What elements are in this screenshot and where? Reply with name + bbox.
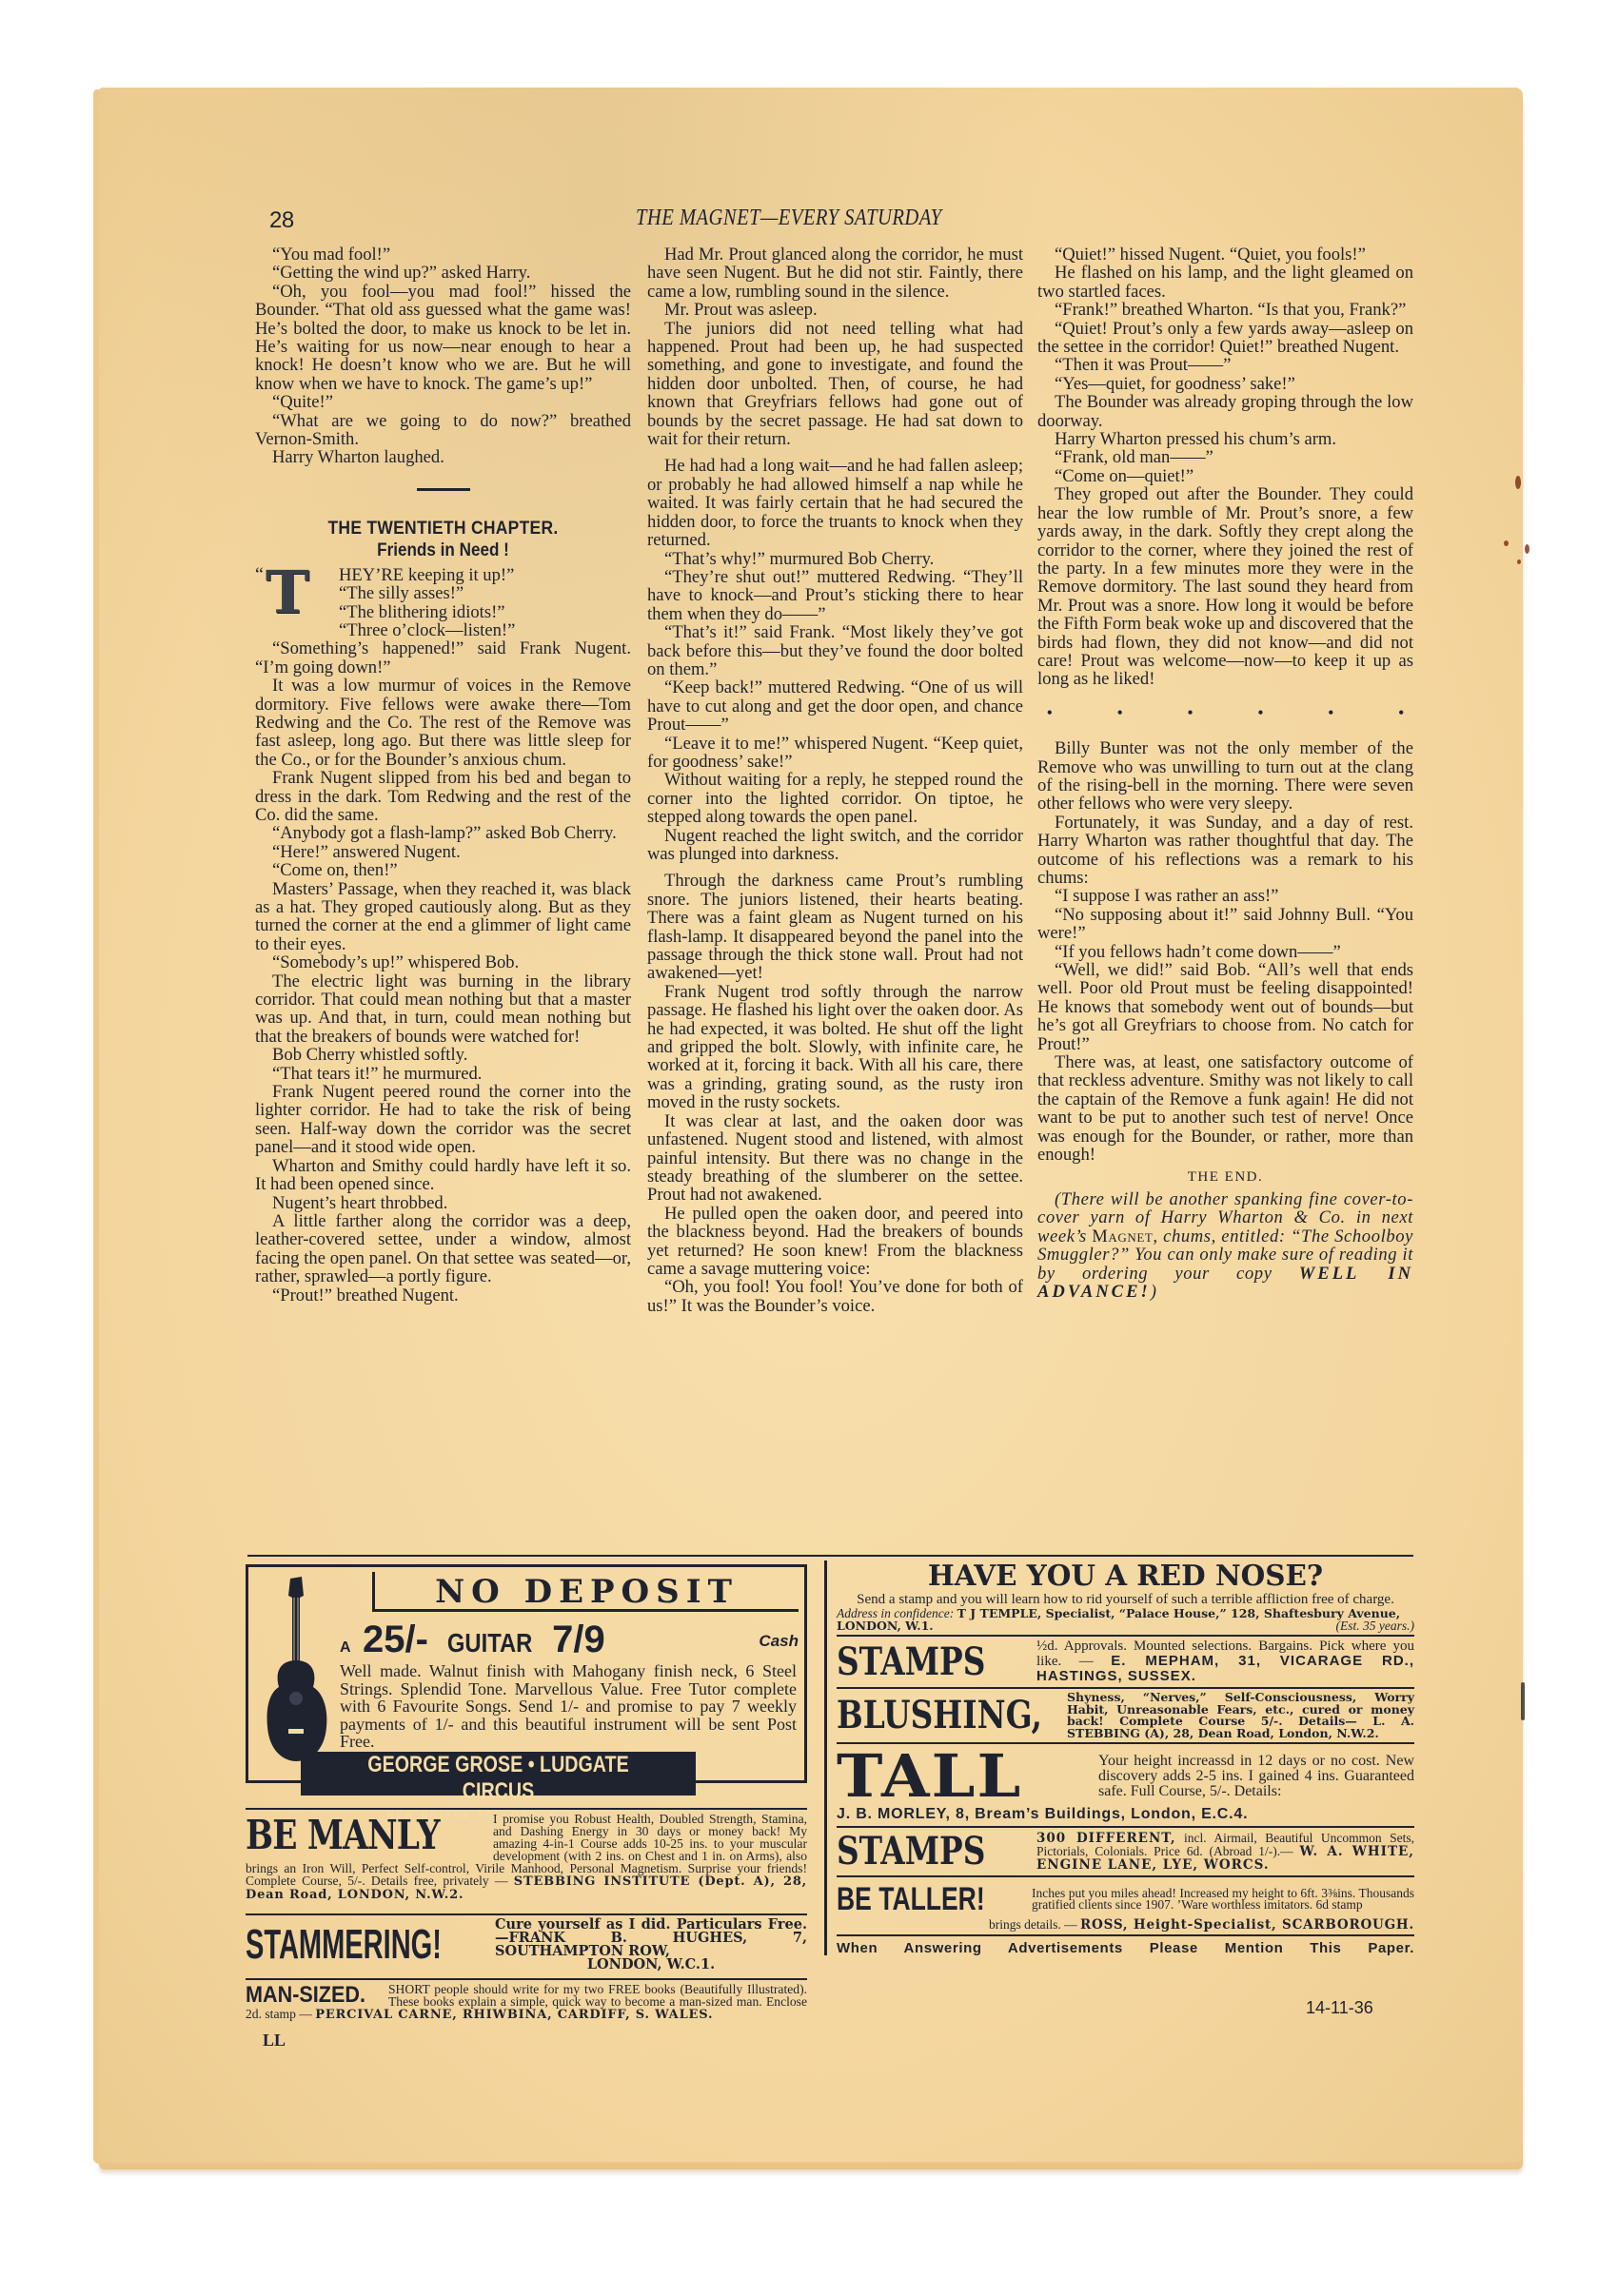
paragraph: “Frank, old man——” bbox=[1037, 448, 1413, 466]
paragraph: Bob Cherry whistled softly. bbox=[255, 1046, 631, 1064]
stamps-white-ad: STAMPS 300 DIFFERENT, incl. Airmail, Bea… bbox=[837, 1831, 1414, 1873]
price-prefix: A bbox=[340, 1639, 351, 1656]
stamps-mepham-ad: STAMPS ½d. Approvals. Mounted selections… bbox=[837, 1639, 1414, 1684]
paragraph: “Somebody’s up!” whispered Bob. bbox=[255, 953, 631, 971]
red-nose-address: Address in confidence: T J TEMPLE, Speci… bbox=[837, 1607, 1414, 1632]
ad-divider bbox=[246, 1913, 807, 1915]
tall-headline: TALL bbox=[837, 1747, 1101, 1806]
paragraph: “Quiet!” hissed Nugent. “Quiet, you fool… bbox=[1037, 245, 1413, 264]
stammering-body: Cure yourself as I did. Particulars Free… bbox=[495, 1918, 807, 1972]
column-body-paragraphs: Billy Bunter was not the only member of … bbox=[1037, 739, 1413, 1164]
paragraph: Had Mr. Prout glanced along the corridor… bbox=[647, 245, 1023, 301]
stamps-headline: STAMPS bbox=[837, 1831, 993, 1873]
foxing-spot bbox=[1515, 476, 1521, 489]
column-body-paragraphs: Had Mr. Prout glanced along the corridor… bbox=[647, 245, 1023, 1315]
red-nose-ad: HAVE YOU A RED NOSE? Send a stamp and yo… bbox=[837, 1560, 1414, 1632]
paragraph: “What are we going to do now?” breathed … bbox=[255, 412, 631, 449]
paragraph: Billy Bunter was not the only member of … bbox=[1037, 739, 1413, 814]
section-break-dots: • • • • • • bbox=[1047, 704, 1404, 722]
ad-address: E. MEPHAM, 31, VICARAGE RD., HASTINGS, S… bbox=[1036, 1653, 1414, 1684]
paragraph: HEY’RE keeping it up!” bbox=[339, 566, 631, 584]
foxing-spot bbox=[1525, 544, 1529, 554]
running-head: THE MAGNET—EVERY SATURDAY bbox=[636, 206, 942, 231]
paragraph: “Yes—quiet, for goodness’ sake!” bbox=[1037, 375, 1413, 393]
mention-paper-notice: When Answering Advertisements Please Men… bbox=[837, 1940, 1414, 1956]
paragraph: “The silly asses!” bbox=[339, 584, 631, 602]
ad-divider bbox=[837, 1635, 1414, 1637]
paragraph: “If you fellows hadn’t come down——” bbox=[1037, 943, 1413, 961]
blushing-headline: BLUSHING, bbox=[837, 1695, 1017, 1737]
paragraph: It was clear at last, and the oaken door… bbox=[647, 1112, 1023, 1205]
paragraph: “No supposing about it!” said Johnny Bul… bbox=[1037, 906, 1413, 943]
page-number: 28 bbox=[269, 207, 294, 234]
paragraph: “That’s it!” said Frank. “Most likely th… bbox=[647, 623, 1023, 678]
paragraph: Frank Nugent slipped from his bed and be… bbox=[255, 769, 631, 824]
be-taller-address: brings details. — ROSS, Height-Specialis… bbox=[837, 1918, 1414, 1932]
tall-body: Your height increassd in 12 days or no c… bbox=[1098, 1754, 1414, 1799]
guitar-ad: NO DEPOSIT A 25/- GUITAR 7/9 Cash Well m… bbox=[246, 1564, 807, 1783]
paragraph: “You mad fool!” bbox=[255, 245, 631, 264]
paragraph: “Quiet! Prout’s only a few yards away—as… bbox=[1037, 320, 1413, 357]
ad-body-text: Cure yourself as I did. Particulars Free… bbox=[495, 1916, 807, 1959]
paragraph: “Prout!” breathed Nugent. bbox=[255, 1286, 631, 1305]
guitar-ad-price: A 25/- GUITAR 7/9 Cash bbox=[340, 1619, 799, 1661]
paragraph: “That tears it!” he murmured. bbox=[255, 1065, 631, 1083]
next-week-notice: (There will be another spanking fine cov… bbox=[1037, 1190, 1413, 1301]
paragraph: Without waiting for a reply, he stepped … bbox=[647, 771, 1023, 826]
paragraph: He pulled open the oaken door, and peere… bbox=[647, 1205, 1023, 1279]
printer-mark: LL bbox=[263, 2031, 807, 2051]
paragraph: “Then it was Prout——” bbox=[1037, 356, 1413, 374]
paragraph: He flashed on his lamp, and the light gl… bbox=[1037, 264, 1413, 301]
column-body-paragraphs: “Something’s happened!” said Frank Nugen… bbox=[255, 639, 631, 1305]
paragraph: The Bounder was already groping through … bbox=[1037, 393, 1413, 430]
advertiser-banner: GEORGE GROSE • LUDGATE CIRCUS NEW BRIDGE… bbox=[301, 1752, 696, 1796]
next-week-text: ) bbox=[1151, 1282, 1157, 1302]
blushing-body: Shyness, “Nerves,” Self-Consciousness, W… bbox=[1067, 1692, 1414, 1739]
paragraph: “They’re shut out!” muttered Redwing. “T… bbox=[647, 568, 1023, 623]
paragraph: “Anybody got a flash-lamp?” asked Bob Ch… bbox=[255, 824, 631, 842]
man-sized-ad: MAN-SIZED. SHORT people should write for… bbox=[246, 1983, 807, 2021]
paragraph: Mr. Prout was asleep. bbox=[647, 301, 1023, 319]
paragraph: He had had a long wait—and he had fallen… bbox=[647, 457, 1023, 549]
ad-divider bbox=[246, 1808, 807, 1810]
paragraph: “Something’s happened!” said Frank Nugen… bbox=[255, 639, 631, 677]
paragraph: “The blithering idiots!” bbox=[339, 603, 631, 621]
paragraph: “Well, we did!” said Bob. “All’s well th… bbox=[1037, 961, 1413, 1053]
chapter-title: THE TWENTIETH CHAPTER. bbox=[270, 520, 616, 538]
ads-right-column: HAVE YOU A RED NOSE? Send a stamp and yo… bbox=[824, 1560, 1414, 1955]
full-price: 25/- bbox=[363, 1619, 428, 1660]
ad-divider bbox=[837, 1934, 1414, 1936]
ad-address: PERCIVAL CARNE, RHIWBINA, CARDIFF, S. WA… bbox=[315, 2008, 713, 2022]
be-manly-ad: BE MANLY I promise you Robust Health, Do… bbox=[246, 1808, 807, 1911]
column-intro-paragraphs: “You mad fool!”“Getting the wind up?” as… bbox=[255, 245, 631, 467]
red-nose-body: Send a stamp and you will learn how to r… bbox=[837, 1593, 1414, 1607]
paragraph: Masters’ Passage, when they reached it, … bbox=[255, 880, 631, 954]
story-column-1: “You mad fool!”“Getting the wind up?” as… bbox=[255, 245, 631, 1305]
guitar-ad-body: Well made. Walnut finish with Mahogany f… bbox=[340, 1662, 797, 1751]
paragraph: “Frank!” breathed Wharton. “Is that you,… bbox=[1037, 301, 1413, 319]
paragraph: “Here!” answered Nugent. bbox=[255, 843, 631, 861]
issue-date: 14-11-36 bbox=[1306, 1998, 1373, 2018]
red-nose-headline: HAVE YOU A RED NOSE? bbox=[842, 1560, 1409, 1593]
paragraph: It was a low murmur of voices in the Rem… bbox=[255, 677, 631, 769]
stamps-headline: STAMPS bbox=[837, 1641, 993, 1683]
ad-divider bbox=[837, 1875, 1414, 1877]
magazine-name: Magnet bbox=[1092, 1226, 1153, 1246]
paragraph: Fortunately, it was Sunday, and a day of… bbox=[1037, 814, 1413, 888]
be-taller-ad: BE TALLER! Inches put you miles ahead! I… bbox=[837, 1880, 1414, 1932]
paragraph: “Keep back!” muttered Redwing. “One of u… bbox=[647, 678, 1023, 734]
paragraph: Nugent reached the light switch, and the… bbox=[647, 827, 1023, 864]
paragraph: “Oh, you fool—you mad fool!” hissed the … bbox=[255, 283, 631, 393]
paragraph: “Come on, then!” bbox=[255, 861, 631, 879]
paragraph: There was, at least, one satisfactory ou… bbox=[1037, 1053, 1413, 1164]
blushing-ad: BLUSHING, Shyness, “Nerves,” Self-Consci… bbox=[837, 1692, 1414, 1739]
paragraph: “Quite!” bbox=[255, 393, 631, 411]
dropcap-lines: HEY’RE keeping it up!”“The silly asses!”… bbox=[255, 566, 631, 640]
be-manly-headline: BE MANLY bbox=[246, 1813, 441, 1858]
paragraph: Harry Wharton pressed his chum’s arm. bbox=[1037, 430, 1413, 448]
stamps-body: ½d. Approvals. Mounted selections. Barga… bbox=[1036, 1639, 1414, 1684]
be-taller-headline: BE TALLER! bbox=[837, 1880, 981, 1918]
paragraph: They groped out after the Bounder. They … bbox=[1037, 485, 1413, 688]
cash-label: Cash bbox=[759, 1632, 799, 1651]
stamps-body: 300 DIFFERENT, incl. Airmail, Beautiful … bbox=[1036, 1832, 1414, 1872]
ad-divider bbox=[246, 1978, 807, 1980]
paragraph: “Getting the wind up?” asked Harry. bbox=[255, 264, 631, 282]
ad-divider bbox=[837, 1687, 1414, 1689]
the-end-label: THE END. bbox=[1037, 1168, 1413, 1187]
paragraph: “Come on—quiet!” bbox=[1037, 467, 1413, 485]
guitar-icon bbox=[262, 1575, 330, 1765]
paragraph: The juniors did not need telling what ha… bbox=[647, 320, 1023, 449]
paragraph: Through the darkness came Prout’s rumbli… bbox=[647, 872, 1023, 982]
be-taller-body: Inches put you miles ahead! Increased my… bbox=[1032, 1888, 1414, 1912]
tall-ad: TALL Your height increassd in 12 days or… bbox=[837, 1747, 1414, 1823]
ad-body-text: brings details. — bbox=[989, 1917, 1077, 1932]
man-sized-headline: MAN-SIZED. bbox=[246, 1983, 365, 2008]
paragraph: A little farther along the corridor was … bbox=[255, 1212, 631, 1286]
paragraph: Frank Nugent peered round the corner int… bbox=[255, 1083, 631, 1157]
paragraph: The electric light was burning in the li… bbox=[255, 972, 631, 1047]
dropcap-letter: T bbox=[266, 568, 309, 618]
paragraph: Wharton and Smithy could hardly have lef… bbox=[255, 1157, 631, 1194]
dropcap-opening: “ T HEY’RE keeping it up!”“The silly ass… bbox=[255, 566, 631, 640]
paragraph: Frank Nugent trod softly through the nar… bbox=[647, 983, 1023, 1112]
ads-left-column: NO DEPOSIT A 25/- GUITAR 7/9 Cash Well m… bbox=[246, 1560, 807, 2051]
cash-price: 7/9 bbox=[552, 1619, 605, 1660]
foxing-spot bbox=[1521, 1682, 1525, 1720]
ad-address: ROSS, Height-Specialist, SCARBOROUGH. bbox=[1080, 1917, 1414, 1933]
ad-body-text: Shyness, “Nerves,” Self-Consciousness, W… bbox=[1067, 1690, 1414, 1728]
paragraph: “I suppose I was rather an ass!” bbox=[1037, 887, 1413, 905]
ad-divider bbox=[837, 1826, 1414, 1828]
paragraph: “Oh, you fool! You fool! You’ve done for… bbox=[647, 1278, 1023, 1315]
opening-quote-mark: “ bbox=[255, 566, 264, 584]
advertiser-name: GEORGE GROSE • LUDGATE CIRCUS bbox=[336, 1752, 660, 1805]
paragraph: “Three o’clock—listen!” bbox=[339, 621, 631, 639]
paragraph: “Leave it to me!” whispered Nugent. “Kee… bbox=[647, 735, 1023, 772]
paragraph: “That’s why!” murmured Bob Cherry. bbox=[647, 550, 1023, 568]
stammering-ad: STAMMERING! Cure yourself as I did. Part… bbox=[246, 1918, 807, 1975]
column-body-paragraphs: “Quiet!” hissed Nugent. “Quiet, you fool… bbox=[1037, 245, 1413, 689]
established-note: (Est. 35 years.) bbox=[1336, 1619, 1414, 1632]
chapter-subtitle: Friends in Need ! bbox=[274, 541, 613, 559]
story-column-3: “Quiet!” hissed Nugent. “Quiet, you fool… bbox=[1037, 245, 1413, 1301]
guitar-ad-headline: NO DEPOSIT bbox=[372, 1572, 799, 1612]
ads-divider bbox=[247, 1555, 1413, 1557]
section-divider bbox=[417, 488, 470, 491]
stammering-headline: STAMMERING! bbox=[246, 1918, 403, 1972]
foxing-spot bbox=[1517, 559, 1521, 564]
ad-address: LONDON, W.C.1. bbox=[495, 1958, 807, 1972]
paragraph: Harry Wharton laughed. bbox=[255, 448, 631, 466]
story-column-2: Had Mr. Prout glanced along the corridor… bbox=[647, 245, 1023, 1315]
item-name: GUITAR bbox=[447, 1628, 532, 1658]
paragraph: Nugent’s heart throbbed. bbox=[255, 1194, 631, 1212]
foxing-spot bbox=[1504, 540, 1509, 546]
